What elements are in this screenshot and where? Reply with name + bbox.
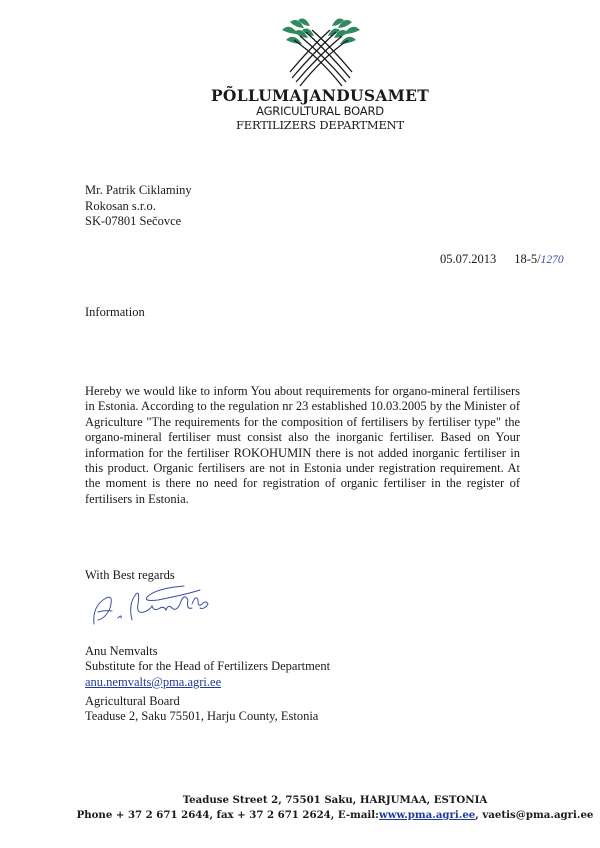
footer-phone-fax: Phone + 37 2 671 2644, fax + 37 2 671 26… [77,809,379,821]
signer-block: Anu Nemvalts Substitute for the Head of … [85,644,330,690]
footer-address: Teaduse Street 2, 75501 Saku, HARJUMAA, … [0,794,600,806]
letter-body: Hereby we would like to inform You about… [85,384,520,507]
organization-address: Teaduse 2, Saku 75501, Harju County, Est… [85,709,318,724]
letter-date: 05.07.2013 [440,252,496,266]
signer-email-link[interactable]: anu.nemvalts@pma.agri.ee [85,675,221,689]
signer-name: Anu Nemvalts [85,644,330,659]
closing-salutation: With Best regards [85,568,175,583]
recipient-address: SK-07801 Sečovce [85,214,192,230]
footer-website-link[interactable]: www.pma.agri.ee [379,809,475,821]
footer-contact: Phone + 37 2 671 2644, fax + 37 2 671 26… [0,809,600,821]
department-name: FERTILIZERS DEPARTMENT [0,118,600,132]
organization-block: Agricultural Board Teaduse 2, Saku 75501… [85,694,318,725]
crossed-wheat-ears-icon [280,18,362,88]
signer-title: Substitute for the Head of Fertilizers D… [85,659,330,674]
reference-prefix: 18-5/ [514,252,540,266]
footer-email: vaetis@pma.agri.ee [482,809,593,821]
subject-line: Information [85,305,145,320]
recipient-address-block: Mr. Patrik Ciklaminy Rokosan s.r.o. SK-0… [85,183,192,230]
agency-subtitle: AGRICULTURAL BOARD [0,104,600,118]
reference-number-handwritten: 1270 [541,254,564,266]
handwritten-signature-icon [88,584,218,626]
recipient-company: Rokosan s.r.o. [85,199,192,215]
recipient-name: Mr. Patrik Ciklaminy [85,183,192,199]
organization-name: Agricultural Board [85,694,318,709]
dateline: 05.07.201318-5/1270 [440,252,564,267]
agency-name: PÕLLUMAJANDUSAMET [0,86,600,105]
